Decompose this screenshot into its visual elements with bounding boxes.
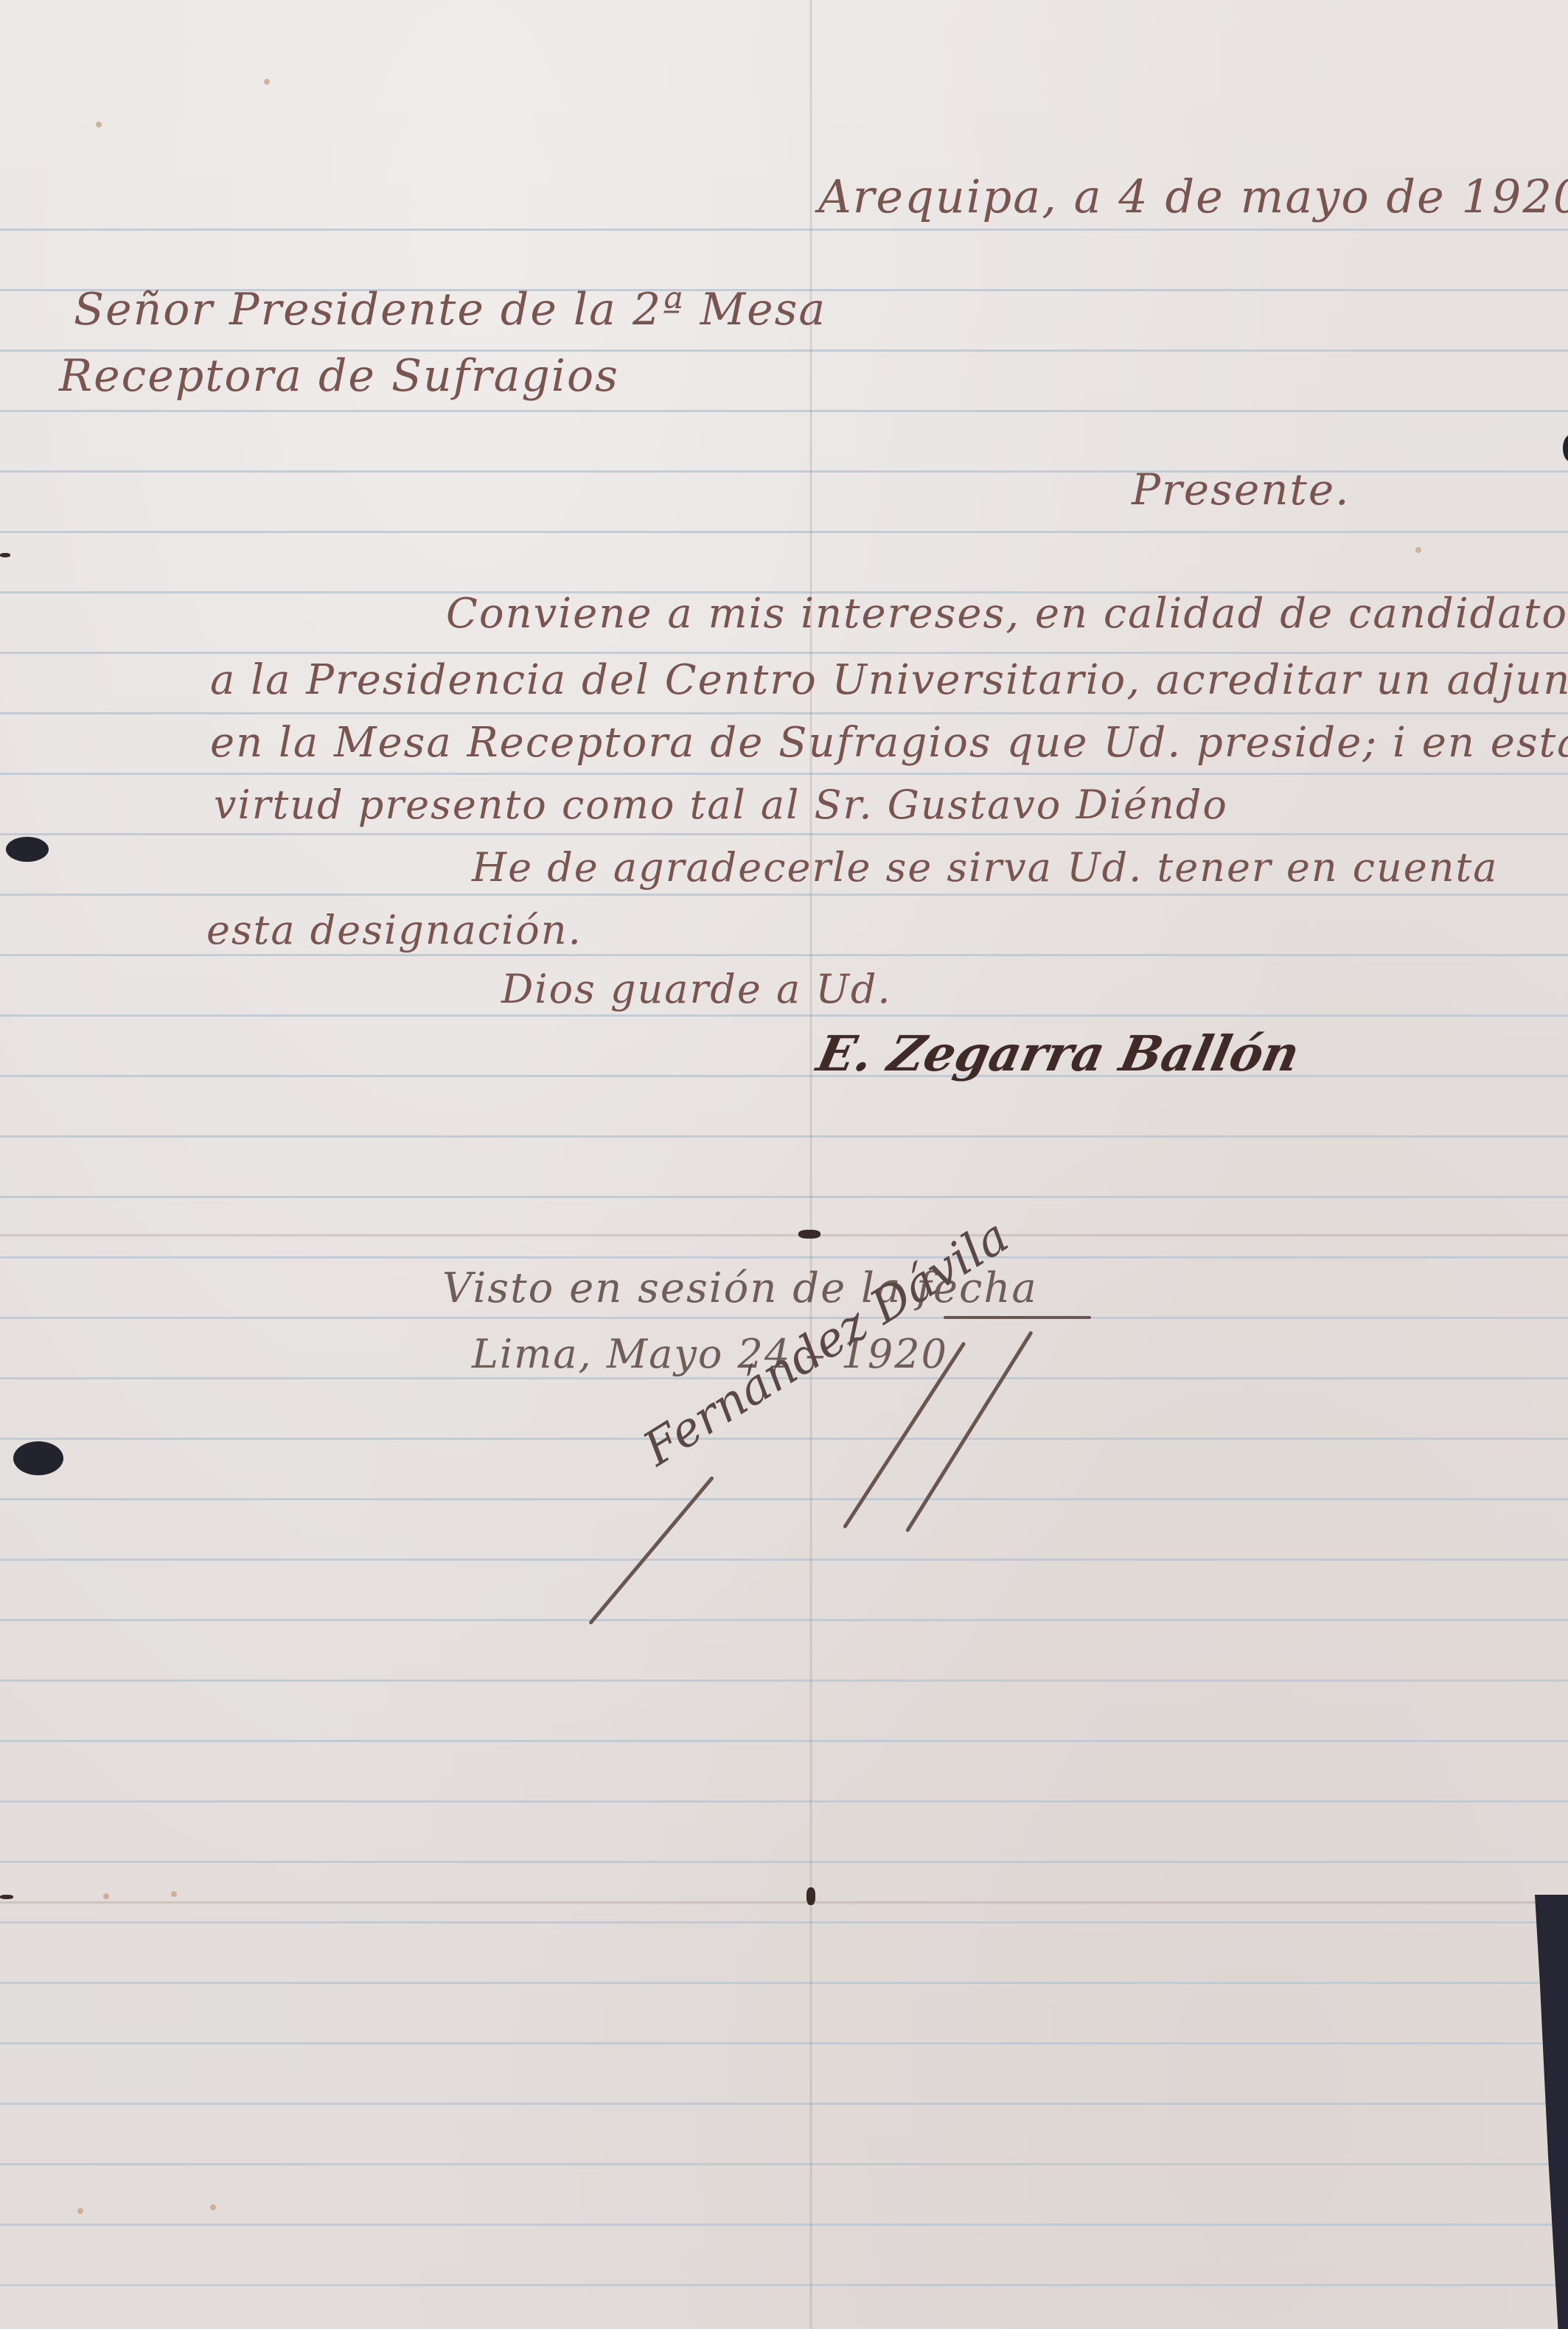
body-line-3: en la Mesa Receptora de Sufragios que Ud… [210, 719, 1568, 767]
ruled-line [0, 1498, 1568, 1500]
body-line-4: virtud presento como tal al Sr. Gustavo … [214, 781, 1228, 828]
ruled-line [0, 2224, 1568, 2226]
punch-hole [13, 1441, 63, 1475]
body-line-5: He de agradecerle se sirva Ud. tener en … [472, 844, 1498, 891]
ruled-line [0, 2103, 1568, 2105]
horizontal-fold-crease-upper [0, 1233, 1568, 1237]
annotation-underline-stroke [944, 1316, 1091, 1319]
fold-tear-mark [798, 1230, 820, 1239]
rust-spot [103, 1893, 109, 1899]
ruled-line [0, 1196, 1568, 1198]
ruled-line [0, 1679, 1568, 1682]
ruled-line [0, 1921, 1568, 1924]
ruled-line [0, 1861, 1568, 1863]
ruled-line [0, 2042, 1568, 2044]
ruled-line [0, 652, 1568, 654]
rust-spot [1415, 547, 1421, 553]
closing-formula: Dios guarde a Ud. [501, 966, 892, 1012]
rust-spot [264, 79, 270, 85]
ruled-line [0, 1014, 1568, 1017]
ruled-line [0, 1438, 1568, 1440]
rust-spot [96, 122, 102, 128]
ruled-line [0, 773, 1568, 775]
ruled-line [0, 1559, 1568, 1561]
vertical-fold-crease [809, 0, 812, 2329]
rust-spot [77, 2208, 83, 2214]
body-line-6: esta designación. [206, 907, 582, 953]
ruled-line [0, 410, 1568, 412]
ruled-line [0, 531, 1568, 533]
body-line-1: Conviene a mis intereses, en calidad de … [446, 590, 1568, 638]
author-signature: E. Zegarra Ballón [812, 1025, 1305, 1082]
salutation: Presente. [1132, 464, 1351, 515]
ruled-line [0, 229, 1568, 231]
ruled-line [0, 1135, 1568, 1138]
ruled-line [0, 1256, 1568, 1259]
ruled-line [0, 1740, 1568, 1742]
edge-tear-mark [0, 1895, 13, 1899]
place-date: Arequipa, a 4 de mayo de 1920. [818, 170, 1568, 223]
horizontal-fold-crease-lower [0, 1901, 1568, 1904]
addressee-line-1: Señor Presidente de la 2ª Mesa [74, 284, 826, 335]
ruled-line [0, 1075, 1568, 1077]
edge-tear-mark [0, 553, 10, 557]
ruled-line [0, 1619, 1568, 1621]
rust-spot [210, 2204, 216, 2210]
ruled-line [0, 712, 1568, 714]
fold-tear-mark [806, 1887, 815, 1905]
rust-spot [171, 1891, 177, 1897]
addressee-line-2: Receptora de Sufragios [59, 350, 619, 402]
ruled-line [0, 1982, 1568, 1984]
body-line-2: a la Presidencia del Centro Universitari… [210, 656, 1568, 704]
ruled-line [0, 954, 1568, 956]
ruled-line [0, 2163, 1568, 2165]
ruled-line [0, 1800, 1568, 1803]
ruled-line [0, 894, 1568, 896]
ruled-line [0, 1317, 1568, 1319]
punch-hole [6, 837, 49, 862]
ruled-line [0, 2284, 1568, 2286]
ruled-line [0, 833, 1568, 835]
